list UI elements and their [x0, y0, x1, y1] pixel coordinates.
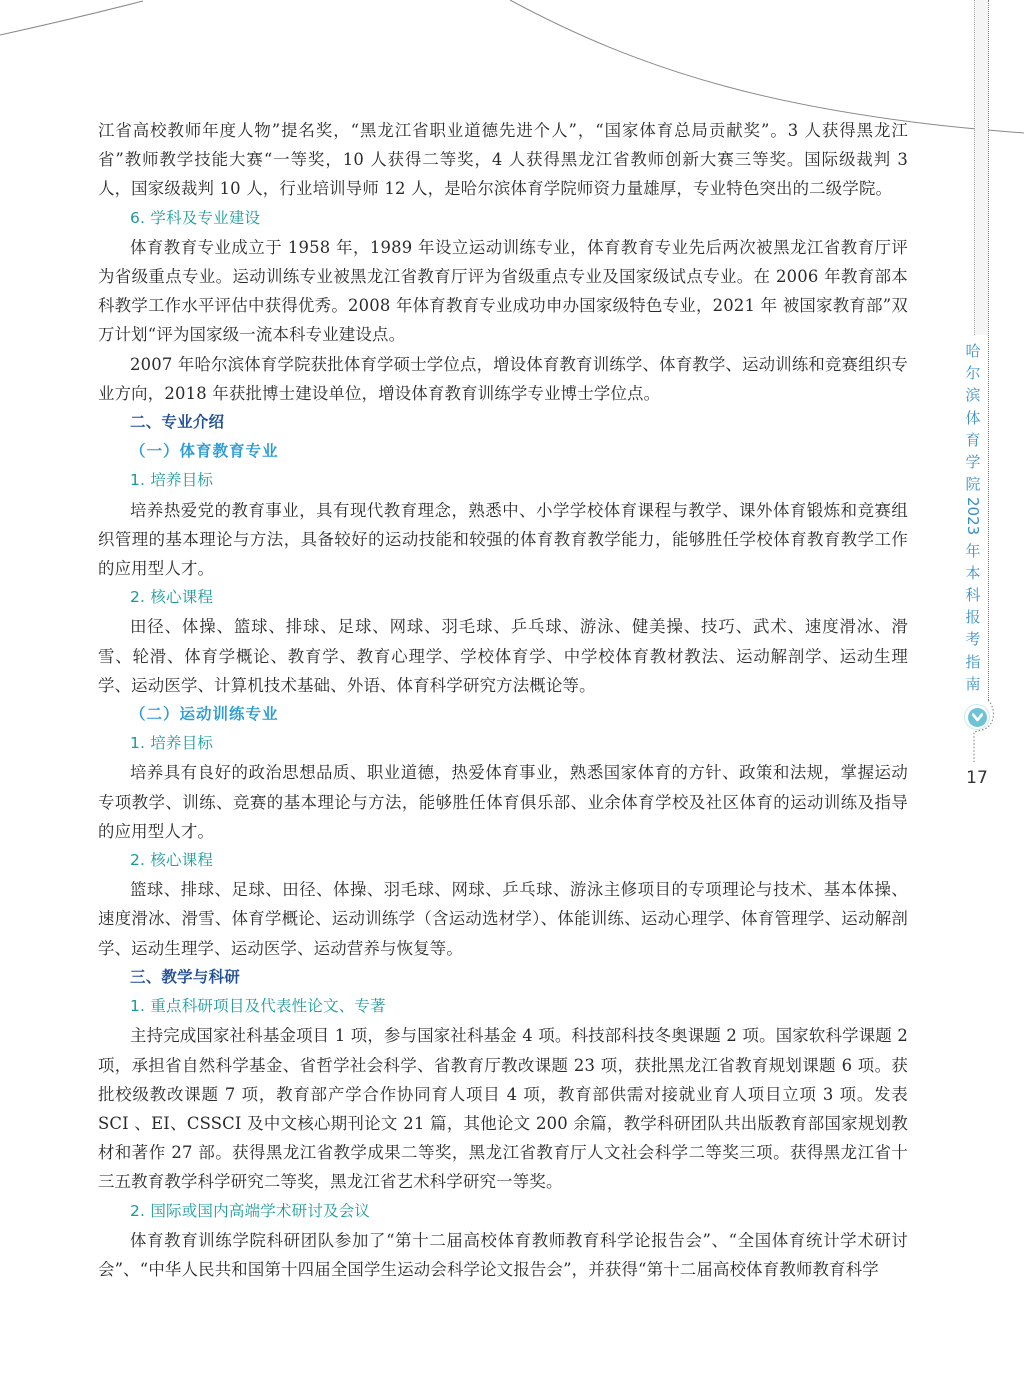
paragraph-training-courses: 篮球、排球、足球、田径、体操、羽毛球、网球、乒乓球、游泳主修项目的专项理论与技术… — [98, 875, 908, 963]
sidebar-dotted-band — [975, 0, 988, 335]
title-char: 滨 — [962, 384, 984, 406]
heading-research-projects: 1. 重点科研项目及代表性论文、专著 — [98, 992, 908, 1021]
paragraph-degree-programs: 2007 年哈尔滨体育学院获批体育学硕士学位点，增设体育教育训练学、体育教学、运… — [98, 350, 908, 408]
paragraph-pe-goal: 培养热爱党的教育事业，具有现代教育理念，熟悉中、小学学校体育课程与教学、课外体育… — [98, 496, 908, 584]
page-sidebar: 哈 尔 滨 体 育 学 院 2023 年 本 科 报 考 指 南 17 — [972, 0, 1024, 1389]
sidebar-dotted-hook — [962, 690, 1002, 770]
heading-discipline-construction: 6. 学科及专业建设 — [98, 204, 908, 233]
paragraph-discipline-history: 体育教育专业成立于 1958 年，1989 年设立运动训练专业，体育教育专业先后… — [98, 233, 908, 350]
heading-pe-goal: 1. 培养目标 — [98, 466, 908, 495]
heading-major-introduction: 二、专业介绍 — [98, 408, 908, 437]
title-char: 院 — [962, 473, 984, 495]
heading-training-courses: 2. 核心课程 — [98, 846, 908, 875]
title-char: 报 — [962, 606, 984, 628]
heading-conferences: 2. 国际或国内高端学术研讨及会议 — [98, 1197, 908, 1226]
chevron-down-badge — [964, 704, 990, 730]
heading-teaching-research: 三、教学与科研 — [98, 963, 908, 992]
title-char: 年 — [962, 540, 984, 562]
heading-pe-courses: 2. 核心课程 — [98, 583, 908, 612]
heading-training-goal: 1. 培养目标 — [98, 729, 908, 758]
title-year: 2023 — [962, 497, 984, 535]
heading-training-major: （二）运动训练专业 — [98, 700, 908, 729]
sidebar-dotted-line-left — [974, 0, 975, 335]
title-char: 考 — [962, 628, 984, 650]
sidebar-vertical-title: 哈 尔 滨 体 育 学 院 2023 年 本 科 报 考 指 南 — [962, 340, 984, 695]
title-char: 科 — [962, 584, 984, 606]
title-char: 育 — [962, 429, 984, 451]
paragraph-research-projects: 主持完成国家社科基金项目 1 项，参与国家社科基金 4 项。科技部科技冬奥课题 … — [98, 1021, 908, 1196]
paragraph-conferences: 体育教育训练学院科研团队参加了“第十二届高校体育教师教育科学论报告会”、“全国体… — [98, 1226, 908, 1284]
title-char: 哈 — [962, 340, 984, 362]
paragraph-training-goal: 培养具有良好的政治思想品质、职业道德，热爱体育事业，熟悉国家体育的方针、政策和法… — [98, 758, 908, 846]
paragraph-pe-courses: 田径、体操、篮球、排球、足球、网球、羽毛球、乒乓球、游泳、健美操、技巧、武术、速… — [98, 612, 908, 700]
title-char: 体 — [962, 407, 984, 429]
sidebar-dotted-line-right — [988, 0, 989, 700]
page-number: 17 — [962, 768, 992, 788]
title-char: 尔 — [962, 362, 984, 384]
heading-pe-major: （一）体育教育专业 — [98, 437, 908, 466]
page-content: 江省高校教师年度人物”提名奖，“黑龙江省职业道德先进个人”，“国家体育总局贡献奖… — [98, 116, 908, 1284]
chevron-down-icon — [968, 708, 987, 727]
title-char: 本 — [962, 562, 984, 584]
title-char: 学 — [962, 451, 984, 473]
paragraph-faculty-awards: 江省高校教师年度人物”提名奖，“黑龙江省职业道德先进个人”，“国家体育总局贡献奖… — [98, 116, 908, 204]
title-char: 指 — [962, 651, 984, 673]
